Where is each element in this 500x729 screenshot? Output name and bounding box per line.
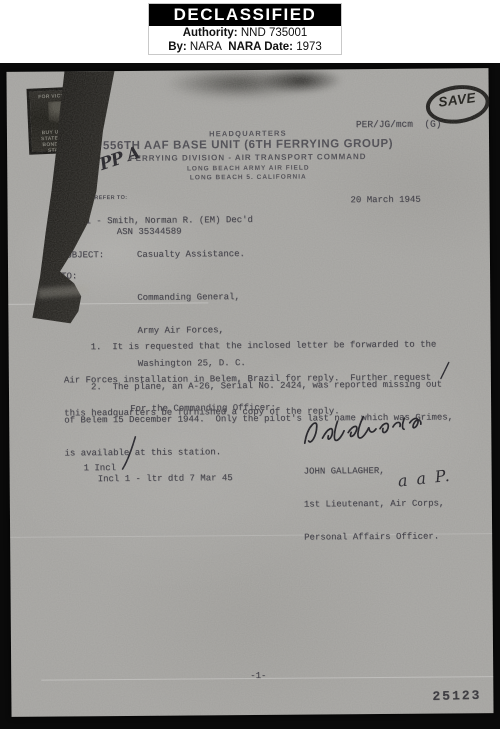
letter-date: 20 March 1945	[350, 195, 420, 207]
to-label: TO:	[61, 271, 77, 282]
office-symbol: PER/JG/mcm (G)	[356, 118, 442, 130]
black-scan-frame: FOR VICTORY BUY UNITED STATES WAR BONDS …	[0, 63, 500, 729]
enclosure-count: 1 Incl	[84, 463, 116, 474]
authority-value: NND 735001	[241, 27, 307, 39]
enclosure-detail: Incl 1 - ltr dtd 7 Mar 45	[98, 473, 233, 485]
letterhead-division: FERRYING DIVISION - AIR TRANSPORT COMMAN…	[7, 151, 489, 164]
war-bonds-stamp-top: FOR VICTORY	[30, 92, 84, 100]
paragraph-2-line: 2. The plane, an A-26, Serial No. 2424, …	[64, 379, 453, 393]
banner-title: DECLASSIFIED	[149, 4, 341, 26]
closing-line: For the Commanding Officer:	[130, 403, 276, 415]
nara-date-label: NARA Date:	[228, 41, 293, 53]
letterhead-city: LONG BEACH 5. CALIFORNIA	[7, 172, 489, 183]
by-value: NARA	[190, 41, 222, 53]
subject-value: Casualty Assistance.	[137, 249, 245, 261]
signature-typed-rank: 1st Lieutenant, Air Corps,	[304, 498, 445, 510]
letterhead-unit: 556TH AAF BASE UNIT (6TH FERRYING GROUP)	[7, 137, 489, 153]
by-line: By: NARA NARA Date: 1973	[149, 40, 341, 54]
authority-label: Authority:	[183, 27, 238, 39]
paragraph-1-line: 1. It is requested that the inclosed let…	[64, 340, 437, 354]
serial-number-stamp: 25123	[432, 690, 481, 702]
tape-shine	[38, 285, 89, 299]
nara-date-value: 1973	[296, 41, 322, 53]
document-page: FOR VICTORY BUY UNITED STATES WAR BONDS …	[6, 68, 493, 717]
scratch-line	[41, 676, 493, 681]
signature-block: JOHN GALLAGHER, 1st Lieutenant, Air Corp…	[303, 443, 444, 565]
case-asn-line: ASN 35344589	[117, 227, 182, 239]
by-label: By:	[168, 41, 187, 53]
signature-typed-office: Personal Affairs Officer.	[304, 531, 445, 543]
scan-smudge-dark	[246, 63, 356, 98]
case-reference-line: 201 - Smith, Norman R. (EM) Dec'd	[75, 215, 253, 227]
soldier-figure-icon	[48, 101, 67, 128]
authority-line: Authority: NND 735001	[149, 26, 341, 40]
to-address-line: Commanding General,	[137, 292, 245, 304]
scanned-document-screen: DECLASSIFIED Authority: NND 735001 By: N…	[0, 0, 500, 729]
reply-refer-label: IN REPLY REFER TO:	[64, 195, 127, 201]
page-number: -1-	[250, 671, 266, 682]
save-stamp-label: SAVE	[437, 90, 476, 110]
subject-label: SUBJECT:	[61, 250, 104, 261]
paragraph-2-line: of Belem 15 December 1944. Only the pilo…	[64, 412, 453, 426]
declassified-banner: DECLASSIFIED Authority: NND 735001 By: N…	[148, 3, 342, 55]
